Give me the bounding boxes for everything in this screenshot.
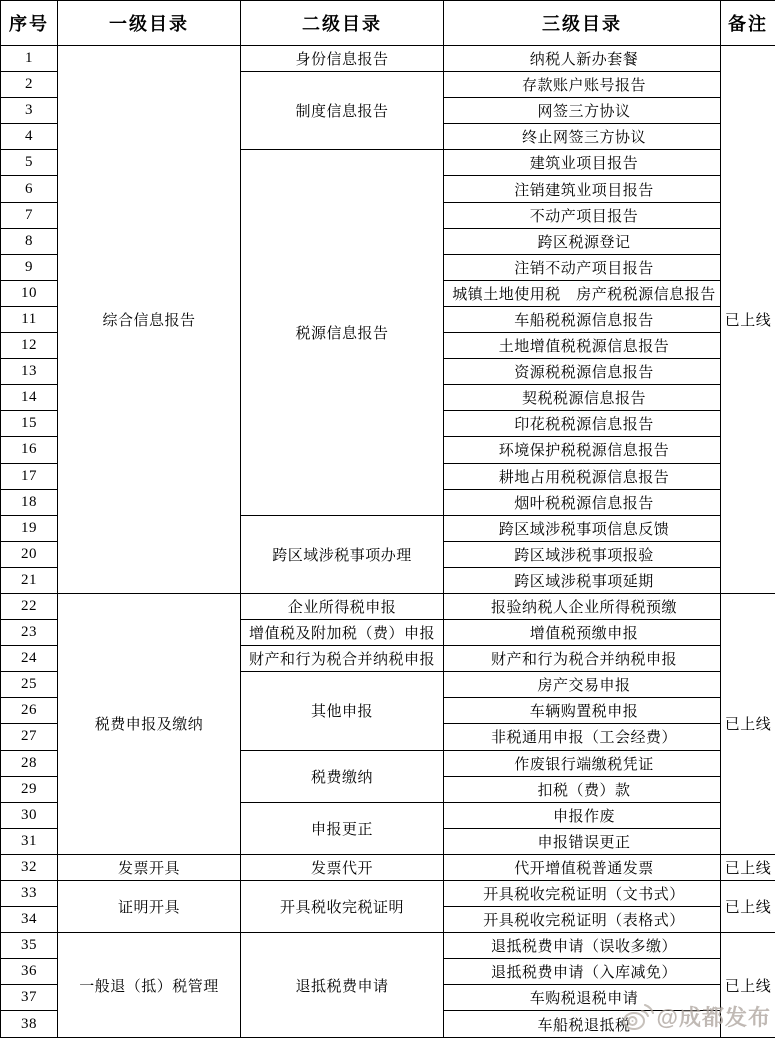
catalog-table: 序号 一级目录 二级目录 三级目录 备注 1综合信息报告身份信息报告纳税人新办套… [0,0,775,1038]
level1-directory-cell: 发票开具 [58,854,241,880]
row-number-cell: 19 [1,515,58,541]
table-row: 32发票开具发票代开代开增值税普通发票已上线 [1,854,775,880]
level3-directory-cell: 网签三方协议 [444,98,721,124]
row-number-cell: 28 [1,750,58,776]
level3-directory-cell: 城镇土地使用税 房产税税源信息报告 [444,280,721,306]
level3-directory-cell: 注销建筑业项目报告 [444,176,721,202]
row-number-cell: 26 [1,698,58,724]
row-number-cell: 7 [1,202,58,228]
row-number-cell: 32 [1,854,58,880]
row-number-cell: 24 [1,646,58,672]
row-number-cell: 31 [1,828,58,854]
level1-directory-cell: 综合信息报告 [58,46,241,594]
level3-directory-cell: 扣税（费）款 [444,776,721,802]
row-number-cell: 34 [1,907,58,933]
table-header: 序号 一级目录 二级目录 三级目录 备注 [1,1,775,46]
header-cell-number: 序号 [1,1,58,46]
row-number-cell: 6 [1,176,58,202]
level2-directory-cell: 发票代开 [241,854,444,880]
level3-directory-cell: 烟叶税税源信息报告 [444,489,721,515]
row-number-cell: 11 [1,306,58,332]
row-number-cell: 29 [1,776,58,802]
level2-directory-cell: 开具税收完税证明 [241,881,444,933]
row-number-cell: 1 [1,46,58,72]
remarks-cell: 已上线 [721,933,775,1038]
level2-directory-cell: 税源信息报告 [241,150,444,515]
level3-directory-cell: 车辆购置税申报 [444,698,721,724]
row-number-cell: 14 [1,385,58,411]
remarks-cell: 已上线 [721,881,775,933]
level2-directory-cell: 其他申报 [241,672,444,750]
catalog-table-body: 1综合信息报告身份信息报告纳税人新办套餐已上线2制度信息报告存款账户账号报告3网… [1,46,775,1038]
level3-directory-cell: 报验纳税人企业所得税预缴 [444,593,721,619]
level3-directory-cell: 申报作废 [444,802,721,828]
row-number-cell: 38 [1,1011,58,1038]
header-cell-remarks: 备注 [721,1,775,46]
row-number-cell: 10 [1,280,58,306]
header-cell-level1: 一级目录 [58,1,241,46]
level3-directory-cell: 不动产项目报告 [444,202,721,228]
level3-directory-cell: 开具税收完税证明（表格式） [444,907,721,933]
level3-directory-cell: 土地增值税税源信息报告 [444,333,721,359]
level3-directory-cell: 跨区税源登记 [444,228,721,254]
level1-directory-cell: 证明开具 [58,881,241,933]
level3-directory-cell: 车船税退抵税 [444,1011,721,1038]
level3-directory-cell: 耕地占用税税源信息报告 [444,463,721,489]
level2-directory-cell: 税费缴纳 [241,750,444,802]
row-number-cell: 23 [1,620,58,646]
level2-directory-cell: 退抵税费申请 [241,933,444,1038]
row-number-cell: 33 [1,881,58,907]
remarks-cell: 已上线 [721,593,775,854]
row-number-cell: 22 [1,593,58,619]
row-number-cell: 25 [1,672,58,698]
level2-directory-cell: 企业所得税申报 [241,593,444,619]
level2-directory-cell: 财产和行为税合并纳税申报 [241,646,444,672]
remarks-cell: 已上线 [721,854,775,880]
level2-directory-cell: 增值税及附加税（费）申报 [241,620,444,646]
level1-directory-cell: 税费申报及缴纳 [58,593,241,854]
level3-directory-cell: 开具税收完税证明（文书式） [444,881,721,907]
row-number-cell: 18 [1,489,58,515]
level2-directory-cell: 身份信息报告 [241,46,444,72]
header-row: 序号 一级目录 二级目录 三级目录 备注 [1,1,775,46]
row-number-cell: 12 [1,333,58,359]
header-cell-level2: 二级目录 [241,1,444,46]
row-number-cell: 37 [1,985,58,1011]
level3-directory-cell: 存款账户账号报告 [444,72,721,98]
table-row: 35一般退（抵）税管理退抵税费申请退抵税费申请（误收多缴）已上线 [1,933,775,959]
row-number-cell: 27 [1,724,58,750]
level1-directory-cell: 一般退（抵）税管理 [58,933,241,1038]
row-number-cell: 4 [1,124,58,150]
table-row: 33证明开具开具税收完税证明开具税收完税证明（文书式）已上线 [1,881,775,907]
level3-directory-cell: 建筑业项目报告 [444,150,721,176]
level3-directory-cell: 跨区域涉税事项延期 [444,567,721,593]
row-number-cell: 20 [1,541,58,567]
level3-directory-cell: 增值税预缴申报 [444,620,721,646]
header-cell-level3: 三级目录 [444,1,721,46]
row-number-cell: 2 [1,72,58,98]
row-number-cell: 17 [1,463,58,489]
level3-directory-cell: 代开增值税普通发票 [444,854,721,880]
level3-directory-cell: 环境保护税税源信息报告 [444,437,721,463]
level3-directory-cell: 跨区域涉税事项报验 [444,541,721,567]
row-number-cell: 9 [1,254,58,280]
level3-directory-cell: 车购税退税申请 [444,985,721,1011]
level2-directory-cell: 制度信息报告 [241,72,444,150]
row-number-cell: 35 [1,933,58,959]
level3-directory-cell: 房产交易申报 [444,672,721,698]
row-number-cell: 8 [1,228,58,254]
level3-directory-cell: 注销不动产项目报告 [444,254,721,280]
row-number-cell: 5 [1,150,58,176]
row-number-cell: 16 [1,437,58,463]
level3-directory-cell: 申报错误更正 [444,828,721,854]
level3-directory-cell: 退抵税费申请（入库减免） [444,959,721,985]
table-row: 22税费申报及缴纳企业所得税申报报验纳税人企业所得税预缴已上线 [1,593,775,619]
row-number-cell: 3 [1,98,58,124]
level3-directory-cell: 终止网签三方协议 [444,124,721,150]
tax-catalog-document: 序号 一级目录 二级目录 三级目录 备注 1综合信息报告身份信息报告纳税人新办套… [0,0,775,1038]
level3-directory-cell: 作废银行端缴税凭证 [444,750,721,776]
row-number-cell: 30 [1,802,58,828]
remarks-cell: 已上线 [721,46,775,594]
table-row: 1综合信息报告身份信息报告纳税人新办套餐已上线 [1,46,775,72]
level3-directory-cell: 跨区域涉税事项信息反馈 [444,515,721,541]
level3-directory-cell: 印花税税源信息报告 [444,411,721,437]
row-number-cell: 21 [1,567,58,593]
row-number-cell: 36 [1,959,58,985]
level3-directory-cell: 退抵税费申请（误收多缴） [444,933,721,959]
level3-directory-cell: 资源税税源信息报告 [444,359,721,385]
level3-directory-cell: 契税税源信息报告 [444,385,721,411]
level3-directory-cell: 纳税人新办套餐 [444,46,721,72]
row-number-cell: 13 [1,359,58,385]
row-number-cell: 15 [1,411,58,437]
level3-directory-cell: 车船税税源信息报告 [444,306,721,332]
level3-directory-cell: 非税通用申报（工会经费） [444,724,721,750]
level3-directory-cell: 财产和行为税合并纳税申报 [444,646,721,672]
level2-directory-cell: 跨区域涉税事项办理 [241,515,444,593]
level2-directory-cell: 申报更正 [241,802,444,854]
